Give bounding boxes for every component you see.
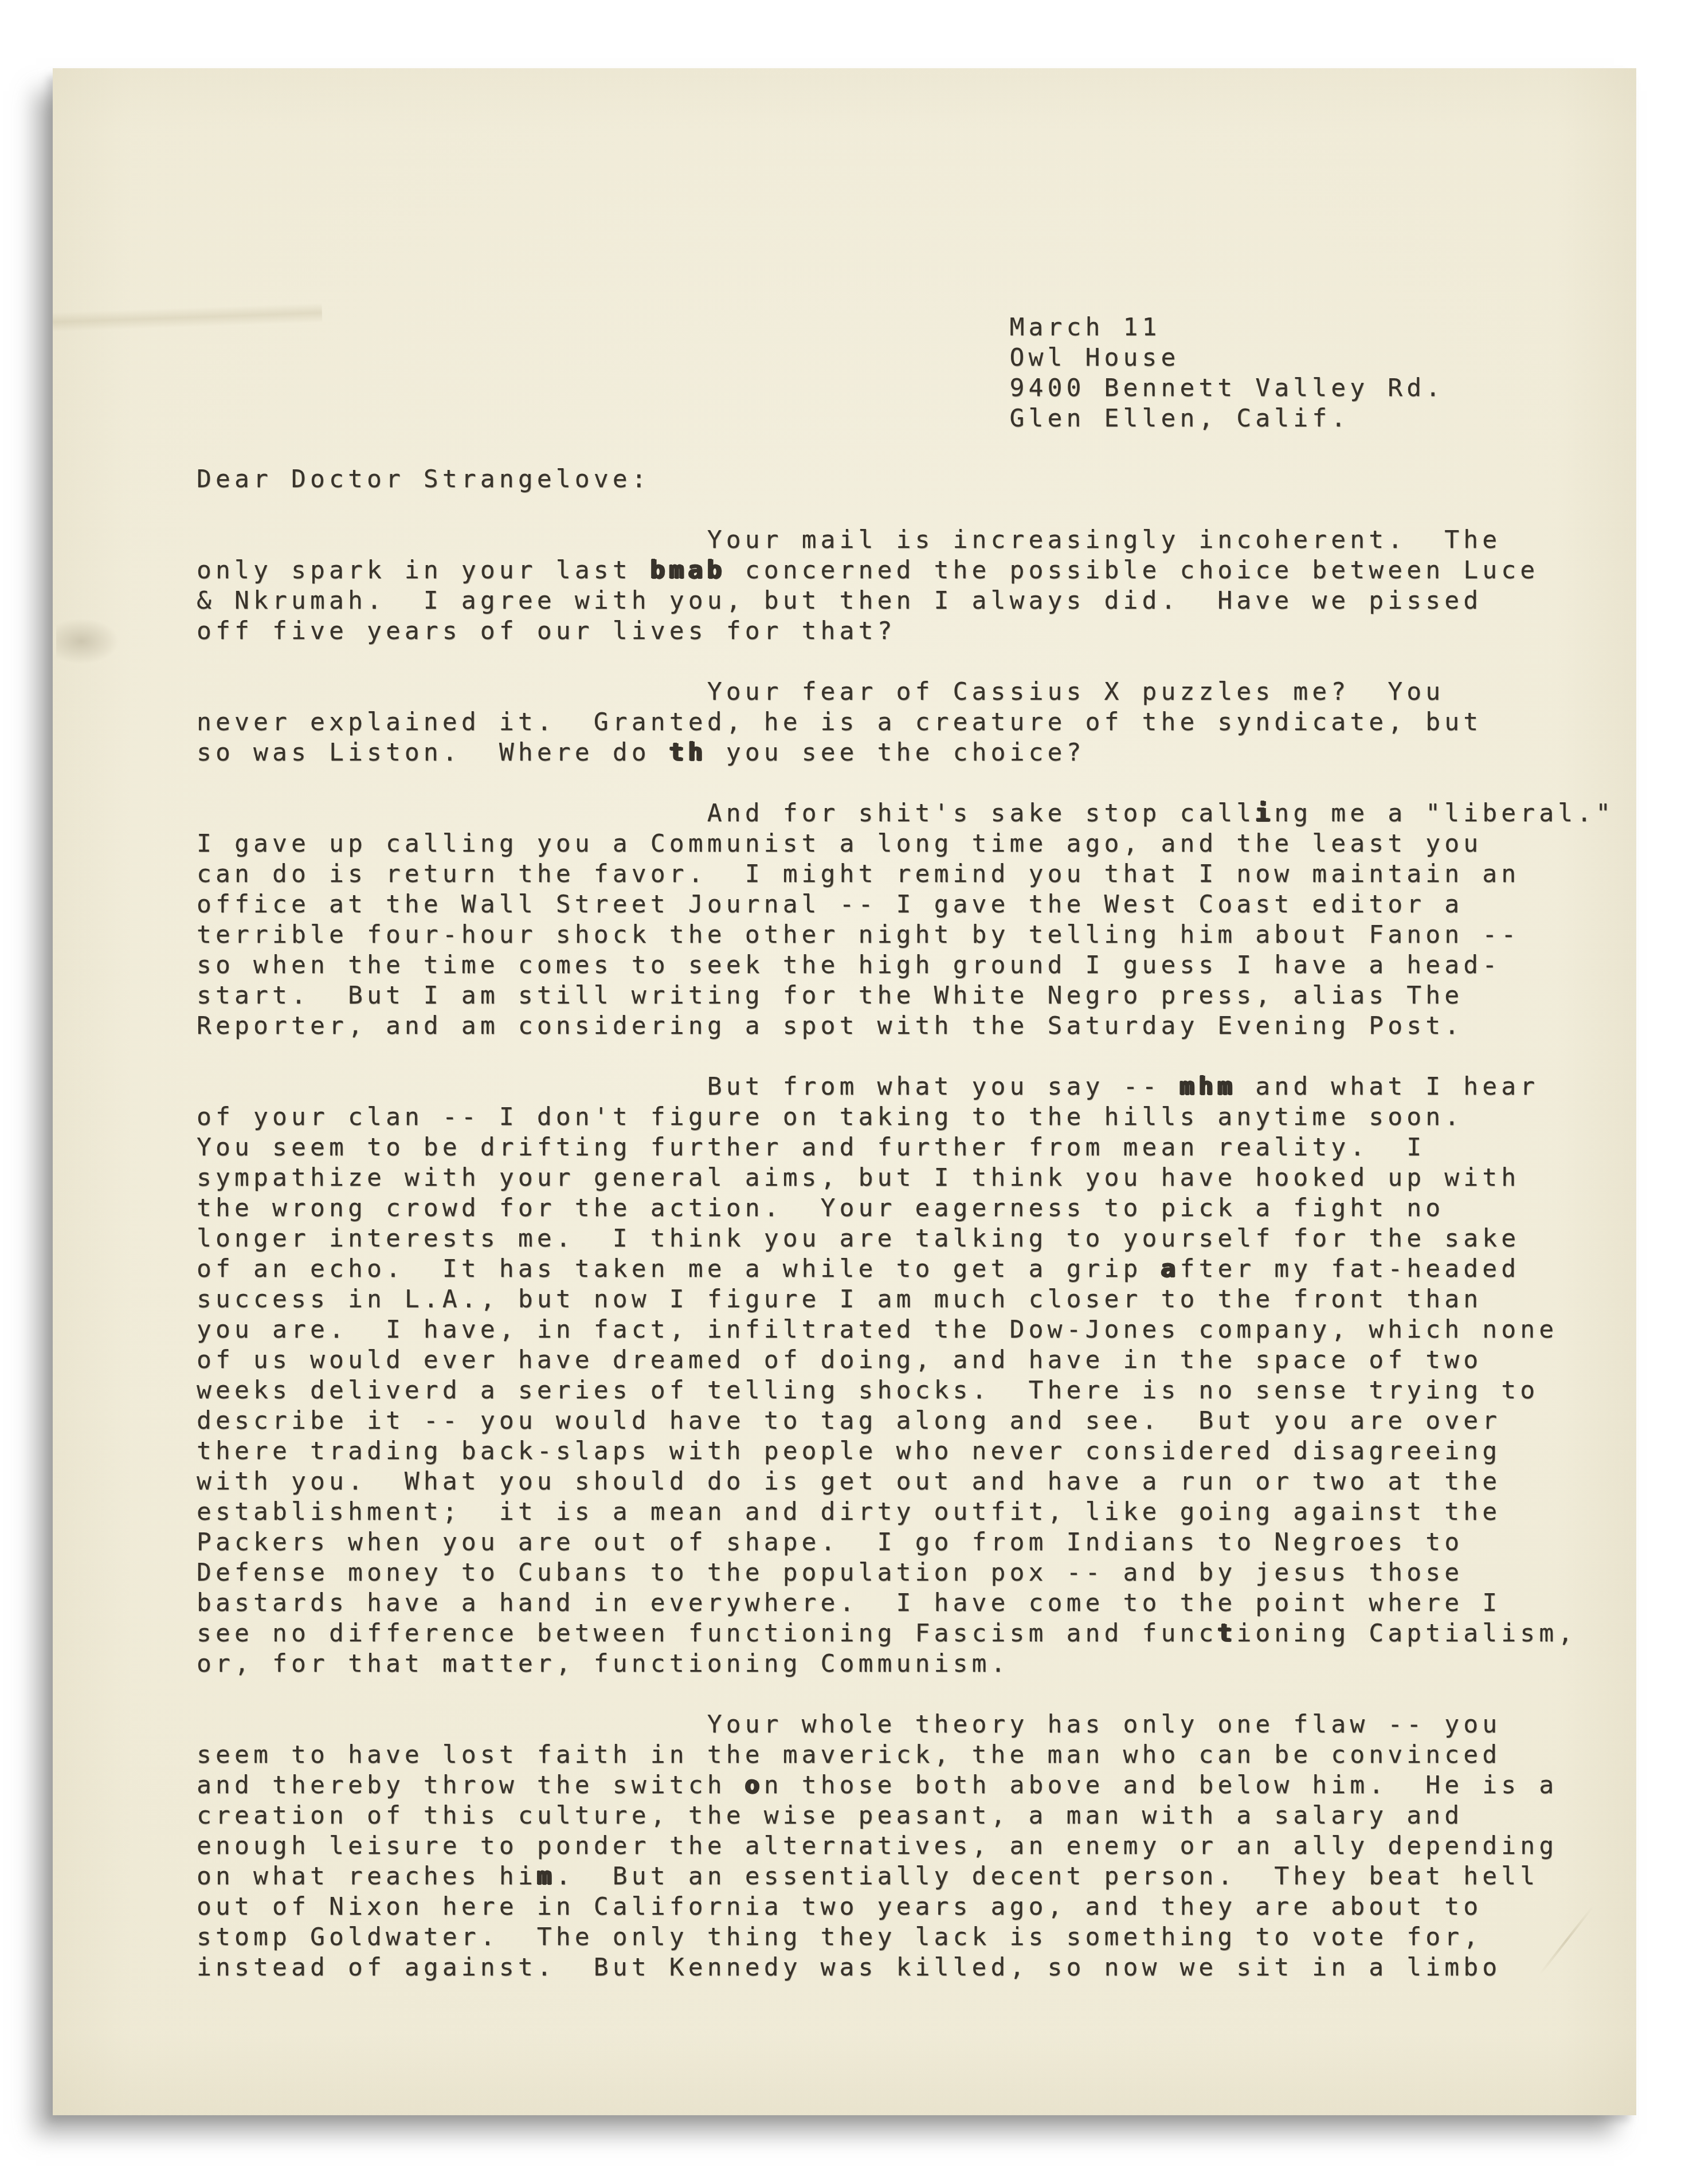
typed-line: of your clan -- I don't figure on taking…	[197, 1102, 1619, 1132]
heading-line: Glen Ellen, Calif.	[197, 403, 1619, 434]
typed-text: Your mail is increasingly incoherent. Th…	[707, 526, 1502, 554]
typed-text: Defense money to Cubans to the populatio…	[197, 1558, 1463, 1587]
overstruck-text: bmab	[650, 556, 726, 585]
typed-line: there trading back-slaps with people who…	[197, 1436, 1619, 1467]
typed-line: enough leisure to ponder the alternative…	[197, 1831, 1619, 1861]
typed-text: enough leisure to ponder the alternative…	[197, 1832, 1558, 1860]
typed-line: Defense money to Cubans to the populatio…	[197, 1558, 1619, 1588]
typed-text: sympathize with your general aims, but I…	[197, 1163, 1520, 1192]
typed-line: out of Nixon here in California two year…	[197, 1892, 1619, 1922]
typed-text: ioning Captialism,	[1236, 1619, 1577, 1648]
typed-line: the wrong crowd for the action. Your eag…	[197, 1193, 1619, 1224]
letter-paragraphs: Your mail is increasingly incoherent. Th…	[197, 525, 1619, 1983]
typed-text: But from what you say --	[707, 1072, 1180, 1101]
typed-line: of us would ever have dreamed of doing, …	[197, 1345, 1619, 1375]
typed-line: office at the Wall Street Journal -- I g…	[197, 889, 1619, 920]
typed-text: off five years of our lives for that?	[197, 617, 896, 645]
typed-text: there trading back-slaps with people who…	[197, 1437, 1501, 1465]
overstruck-text: mhm	[1179, 1072, 1236, 1101]
typed-line: But from what you say -- mhm and what I …	[197, 1072, 1619, 1102]
typed-line: You seem to be drifting further and furt…	[197, 1132, 1619, 1163]
typed-text: instead of against. But Kennedy was kill…	[197, 1953, 1501, 1982]
typed-text: and thereby throw the switch	[197, 1771, 745, 1799]
typed-text: of your clan -- I don't figure on taking…	[197, 1103, 1463, 1131]
typed-text: or, for that matter, functioning Communi…	[197, 1649, 1010, 1678]
typed-text: March 11	[197, 313, 1161, 342]
typed-line: stomp Goldwater. The only thing they lac…	[197, 1922, 1619, 1952]
typed-line: Packers when you are out of shape. I go …	[197, 1527, 1619, 1558]
typed-line: you are. I have, in fact, infiltrated th…	[197, 1315, 1619, 1345]
typed-text: weeks deliverd a series of telling shock…	[197, 1376, 1539, 1405]
typed-line: & Nkrumah. I agree with you, but then I …	[197, 586, 1619, 616]
typed-text: ng me a "liberal."	[1274, 799, 1614, 828]
typed-line: on what reaches him. But an essentially …	[197, 1861, 1619, 1892]
typed-text: with you. What you should do is get out …	[197, 1467, 1501, 1496]
paragraph: Your whole theory has only one flaw -- y…	[197, 1709, 1619, 1983]
typed-text	[197, 526, 707, 554]
heading-line: 9400 Bennett Valley Rd.	[197, 373, 1619, 403]
typed-text: only spark in your last	[197, 556, 650, 585]
typed-text: of an echo. It has taken me a while to g…	[197, 1254, 1161, 1283]
typed-text: You seem to be drifting further and furt…	[197, 1133, 1425, 1162]
typed-text: longer interests me. I think you are tal…	[197, 1224, 1520, 1253]
typed-line: longer interests me. I think you are tal…	[197, 1224, 1619, 1254]
typed-text: can do is return the favor. I might remi…	[197, 860, 1520, 888]
typed-text: so was Liston. Where do	[197, 738, 669, 767]
typed-text: describe it -- you would have to tag alo…	[197, 1406, 1501, 1435]
typed-line: weeks deliverd a series of telling shock…	[197, 1375, 1619, 1406]
typed-text: terrible four-hour shock the other night…	[197, 920, 1520, 949]
typed-text: the wrong crowd for the action. Your eag…	[197, 1194, 1444, 1222]
typed-text: office at the Wall Street Journal -- I g…	[197, 890, 1463, 919]
typed-text	[197, 677, 707, 706]
typed-line: I gave up calling you a Communist a long…	[197, 829, 1619, 859]
typed-text: 9400 Bennett Valley Rd.	[197, 374, 1444, 402]
overstruck-text: o	[745, 1771, 764, 1799]
typed-text: of us would ever have dreamed of doing, …	[197, 1346, 1482, 1374]
typed-text: bastards have a hand in everywhere. I ha…	[197, 1589, 1501, 1617]
typed-line: seem to have lost faith in the maverick,…	[197, 1740, 1619, 1770]
typed-text: you see the choice?	[707, 738, 1085, 767]
typed-text: Glen Ellen, Calif.	[197, 404, 1350, 433]
typed-line: so when the time comes to seek the high …	[197, 950, 1619, 981]
typed-text: Packers when you are out of shape. I go …	[197, 1528, 1463, 1556]
typed-line: describe it -- you would have to tag alo…	[197, 1406, 1619, 1436]
typed-text: concerned the possible choice between Lu…	[726, 556, 1539, 585]
typed-text: on what reaches hi	[197, 1862, 537, 1891]
paragraph: Your mail is increasingly incoherent. Th…	[197, 525, 1619, 646]
typed-line: with you. What you should do is get out …	[197, 1467, 1619, 1497]
typed-line: never explained it. Granted, he is a cre…	[197, 707, 1619, 738]
typed-line: only spark in your last bmab concerned t…	[197, 555, 1619, 586]
typed-text: fter my fat-headed	[1179, 1254, 1520, 1283]
typed-text: . But an essentially decent person. They…	[556, 1862, 1539, 1891]
heading-line: Owl House	[197, 343, 1619, 373]
typed-line: Your fear of Cassius X puzzles me? You	[197, 677, 1619, 707]
scan-background: March 11 Owl House 9400 Bennett Valley R…	[0, 0, 1693, 2184]
typed-text: Reporter, and am considering a spot with…	[197, 1011, 1463, 1040]
typed-text: I gave up calling you a Communist a long…	[197, 829, 1482, 858]
typed-line: of an echo. It has taken me a while to g…	[197, 1254, 1619, 1284]
overstruck-text: a	[1161, 1254, 1179, 1283]
heading-line: March 11	[197, 312, 1619, 343]
typed-line: creation of this culture, the wise peasa…	[197, 1801, 1619, 1831]
paragraph: Your fear of Cassius X puzzles me? Youne…	[197, 677, 1619, 768]
overstruck-text: m	[537, 1862, 556, 1891]
typed-line: off five years of our lives for that?	[197, 616, 1619, 646]
typed-line: success in L.A., but now I figure I am m…	[197, 1284, 1619, 1315]
typed-text: start. But I am still writing for the Wh…	[197, 981, 1463, 1010]
typed-text: Your fear of Cassius X puzzles me? You	[707, 677, 1445, 706]
typed-text	[197, 1072, 707, 1101]
typed-text: stomp Goldwater. The only thing they lac…	[197, 1923, 1482, 1951]
typed-line: instead of against. But Kennedy was kill…	[197, 1952, 1619, 1983]
typed-line: or, for that matter, functioning Communi…	[197, 1649, 1619, 1679]
typed-text	[197, 1710, 707, 1739]
typed-text: Your whole theory has only one flaw -- y…	[707, 1710, 1502, 1739]
typed-line: terrible four-hour shock the other night…	[197, 920, 1619, 950]
typed-text: never explained it. Granted, he is a cre…	[197, 708, 1482, 736]
typed-text: so when the time comes to seek the high …	[197, 951, 1501, 979]
typed-line: so was Liston. Where do th you see the c…	[197, 738, 1619, 768]
overstruck-text: t	[1217, 1619, 1236, 1648]
typed-text: creation of this culture, the wise peasa…	[197, 1801, 1463, 1830]
typed-text: And for shit's sake stop call	[707, 799, 1256, 828]
smudge-mark	[56, 618, 119, 664]
typed-line: And for shit's sake stop calling me a "l…	[197, 798, 1619, 829]
typed-line: see no difference between functioning Fa…	[197, 1618, 1619, 1649]
typed-line: and thereby throw the switch on those bo…	[197, 1770, 1619, 1801]
letter-heading: March 11 Owl House 9400 Bennett Valley R…	[197, 312, 1619, 434]
letter-text: March 11 Owl House 9400 Bennett Valley R…	[197, 312, 1619, 1983]
overstruck-text: i	[1255, 799, 1274, 828]
typed-line: Your mail is increasingly incoherent. Th…	[197, 525, 1619, 555]
typed-text: Owl House	[197, 343, 1179, 372]
typed-text: seem to have lost faith in the maverick,…	[197, 1740, 1501, 1769]
typed-text: & Nkrumah. I agree with you, but then I …	[197, 586, 1482, 615]
typed-text: establishment; it is a mean and dirty ou…	[197, 1497, 1501, 1526]
salutation: Dear Doctor Strangelove:	[197, 464, 1619, 495]
typed-line: Your whole theory has only one flaw -- y…	[197, 1709, 1619, 1740]
typed-line: start. But I am still writing for the Wh…	[197, 981, 1619, 1011]
typed-text: see no difference between functioning Fa…	[197, 1619, 1217, 1648]
typed-text	[197, 799, 707, 828]
overstruck-text: th	[669, 738, 707, 767]
typed-text: success in L.A., but now I figure I am m…	[197, 1285, 1482, 1313]
paragraph: And for shit's sake stop calling me a "l…	[197, 798, 1619, 1041]
typed-text: n those both above and below him. He is …	[764, 1771, 1558, 1799]
paragraph: But from what you say -- mhm and what I …	[197, 1072, 1619, 1679]
typed-line: establishment; it is a mean and dirty ou…	[197, 1497, 1619, 1527]
typed-text: out of Nixon here in California two year…	[197, 1892, 1482, 1921]
typed-line: sympathize with your general aims, but I…	[197, 1163, 1619, 1193]
typed-line: can do is return the favor. I might remi…	[197, 859, 1619, 889]
typed-line: Reporter, and am considering a spot with…	[197, 1011, 1619, 1041]
typed-line: bastards have a hand in everywhere. I ha…	[197, 1588, 1619, 1618]
letter-page: March 11 Owl House 9400 Bennett Valley R…	[53, 68, 1636, 2115]
typed-text: and what I hear	[1236, 1072, 1539, 1101]
typed-text: you are. I have, in fact, infiltrated th…	[197, 1315, 1558, 1344]
